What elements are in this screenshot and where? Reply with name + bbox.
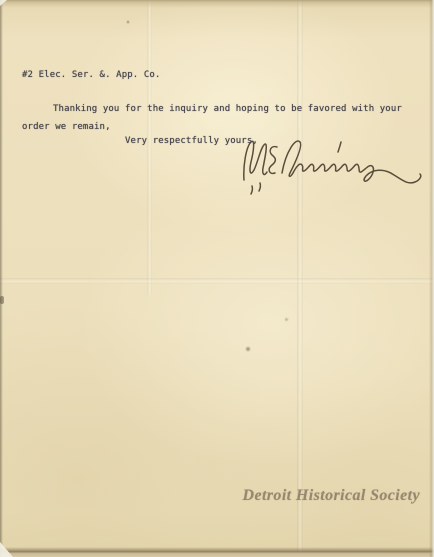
paper-top-edge-shadow — [0, 0, 434, 8]
paper-left-edge-shadow — [0, 0, 3, 557]
signature-stroke-dot1 — [251, 186, 252, 194]
handwritten-signature — [238, 133, 430, 196]
signature-stroke-w — [244, 141, 267, 180]
body-text-line-2: order we remain, — [22, 122, 111, 132]
body-text-line-1: Thanking you for the inquiry and hoping … — [53, 104, 402, 114]
detroit-historical-society-watermark: Detroit Historical Society — [0, 487, 420, 505]
signature-stroke-dot2 — [259, 183, 260, 191]
paper-bottom-edge-shadow — [0, 547, 434, 557]
signature-stroke-surname — [282, 141, 421, 183]
aged-paper-background — [0, 0, 434, 557]
scanned-letter-page: #2 Elec. Ser. &. App. Co. Thanking you f… — [0, 0, 434, 557]
paper-right-edge-shadow — [429, 0, 434, 557]
reference-line: #2 Elec. Ser. &. App. Co. — [22, 70, 160, 80]
signature-stroke-e — [269, 147, 277, 174]
signature-stroke-tick — [338, 142, 341, 152]
